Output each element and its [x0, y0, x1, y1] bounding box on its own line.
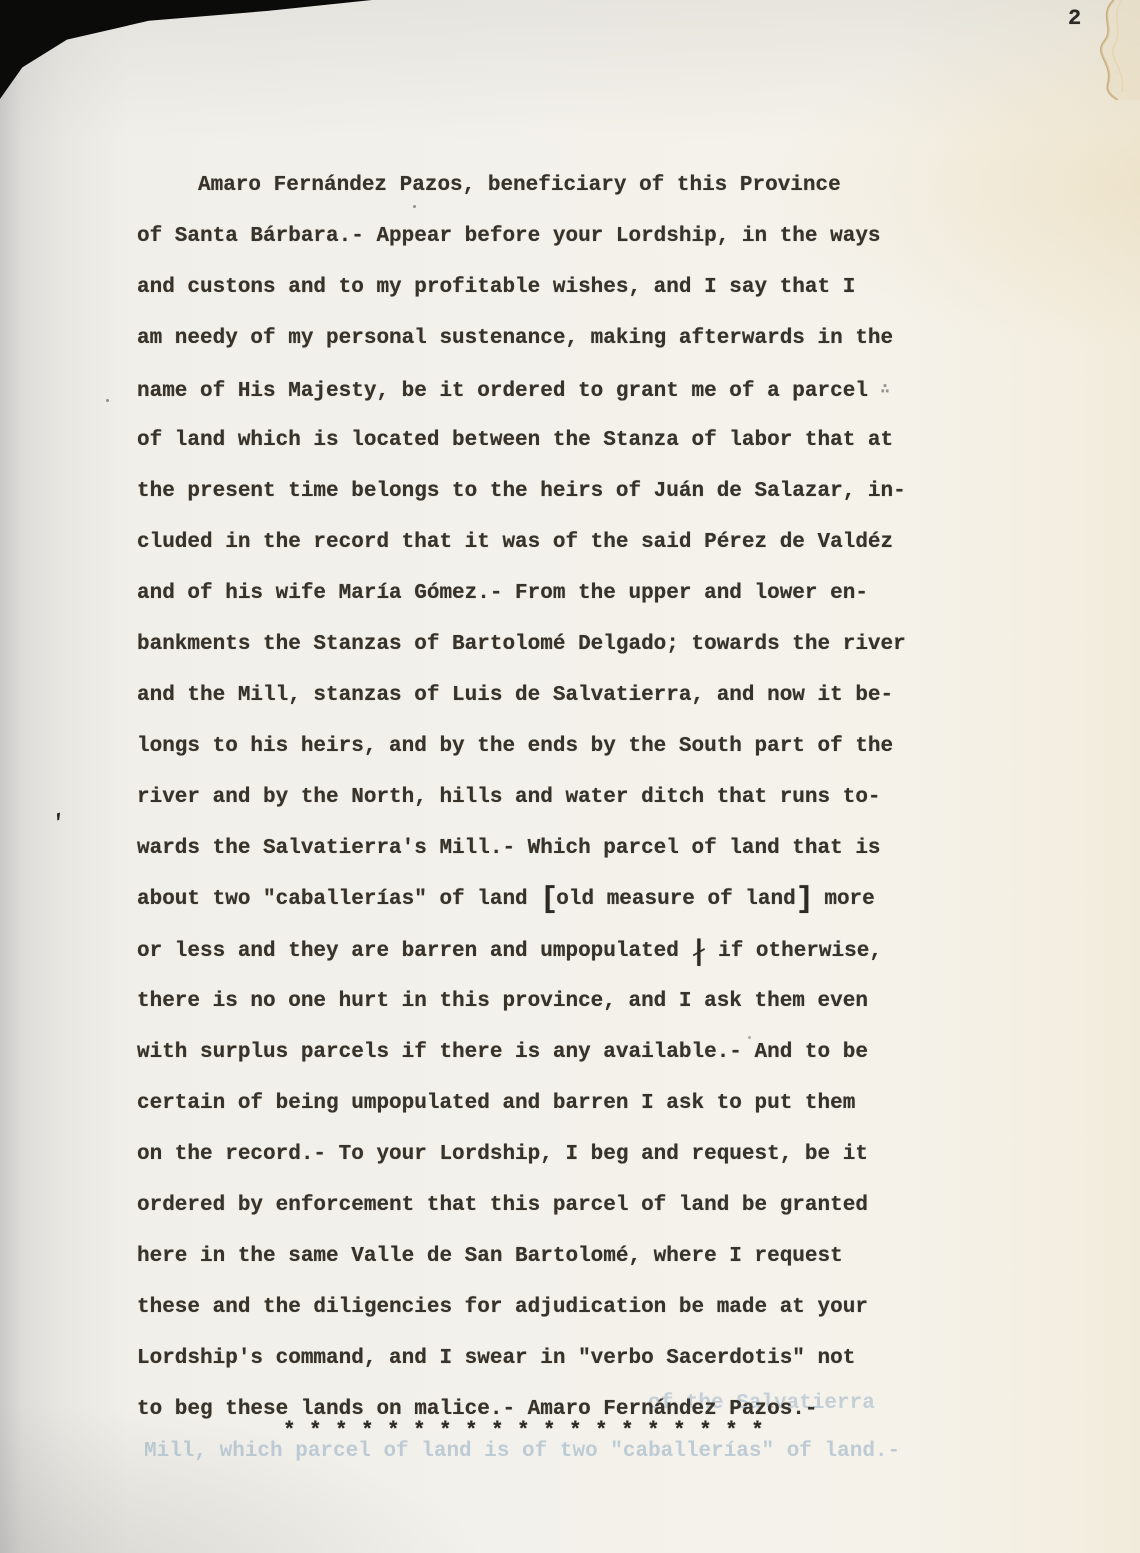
- line-text: Amaro Fernández Pazos, beneficiary of th…: [198, 174, 841, 197]
- ink-speck-comma: ,: [49, 799, 68, 825]
- bracket: ]: [796, 883, 812, 917]
- bleed-through-text: Mill, which parcel of land is of two "ca…: [144, 1440, 900, 1463]
- line-text: and of his wife María Gómez.- From the u…: [137, 582, 868, 605]
- document-line: name of His Majesty, be it ordered to gr…: [137, 364, 927, 415]
- scan-edge-top-left: [0, 0, 372, 99]
- bracket: [: [540, 883, 556, 917]
- line-text: of Santa Bárbara.- Appear before your Lo…: [137, 225, 881, 248]
- document-line: the present time belongs to the heirs of…: [137, 466, 927, 517]
- line-text: wards the Salvatierra's Mill.- Which par…: [137, 837, 881, 860]
- document-line: there is no one hurt in this province, a…: [137, 976, 927, 1027]
- line-text: old measure of land: [556, 888, 795, 911]
- document-line: and custons and to my profitable wishes,…: [137, 262, 927, 313]
- document-line: bankments the Stanzas of Bartolomé Delga…: [137, 619, 927, 670]
- line-text: and the Mill, stanzas of Luis de Salvati…: [137, 684, 893, 707]
- typewritten-text-block: Amaro Fernández Pazos, beneficiary of th…: [137, 160, 927, 1435]
- line-text: of land which is located between the Sta…: [137, 429, 893, 452]
- document-line: am needy of my personal sustenance, maki…: [137, 313, 927, 364]
- line-text: there is no one hurt in this province, a…: [137, 990, 868, 1013]
- faint-mark: ∴: [881, 381, 888, 398]
- document-line: wards the Salvatierra's Mill.- Which par…: [137, 823, 927, 874]
- line-text: longs to his heirs, and by the ends by t…: [137, 735, 893, 758]
- document-line: river and by the North, hills and water …: [137, 772, 927, 823]
- document-line: of Santa Bárbara.- Appear before your Lo…: [137, 211, 927, 262]
- document-line: Lordship's command, and I swear in "verb…: [137, 1333, 927, 1384]
- line-text: bankments the Stanzas of Bartolomé Delga…: [137, 633, 906, 656]
- line-text: ordered by enforcement that this parcel …: [137, 1194, 868, 1217]
- document-line: here in the same Valle de San Bartolomé,…: [137, 1231, 927, 1282]
- document-line: longs to his heirs, and by the ends by t…: [137, 721, 927, 772]
- document-line: on the record.- To your Lordship, I beg …: [137, 1129, 927, 1180]
- line-text: on the record.- To your Lordship, I beg …: [137, 1143, 868, 1166]
- document-line: certain of being umpopulated and barren …: [137, 1078, 927, 1129]
- document-line: or less and they are barren and umpopula…: [137, 925, 927, 976]
- line-text: with surplus parcels if there is any ava…: [137, 1041, 868, 1064]
- document-line: these and the diligencies for adjudicati…: [137, 1282, 927, 1333]
- line-text: name of His Majesty, be it ordered to gr…: [137, 380, 881, 403]
- line-text: here in the same Valle de San Bartolomé,…: [137, 1245, 843, 1268]
- page-number: 2: [1068, 6, 1081, 31]
- line-text: to beg these lands on malice.- Amaro Fer…: [137, 1398, 818, 1421]
- document-line: of land which is located between the Sta…: [137, 415, 927, 466]
- strike-mark: ∤: [692, 934, 706, 967]
- document-line: about two "caballerías" of land [old mea…: [137, 874, 927, 925]
- separator-dots: * * * * * * * * * * * * * * * * * * *: [283, 1420, 764, 1443]
- line-text: or less and they are barren and umpopula…: [137, 940, 692, 963]
- line-text: about two "caballerías" of land: [137, 888, 540, 911]
- line-text: Lordship's command, and I swear in "verb…: [137, 1347, 855, 1370]
- line-text: cluded in the record that it was of the …: [137, 531, 893, 554]
- document-line: cluded in the record that it was of the …: [137, 517, 927, 568]
- ink-speck: [106, 399, 109, 402]
- line-text: the present time belongs to the heirs of…: [137, 480, 906, 503]
- line-text: if otherwise,: [706, 940, 882, 963]
- line-text: more: [812, 888, 875, 911]
- line-text: these and the diligencies for adjudicati…: [137, 1296, 868, 1319]
- scanned-page: 2 , of the Salvatierra Mill, which parce…: [0, 0, 1140, 1553]
- line-text: and custons and to my profitable wishes,…: [137, 276, 855, 299]
- page-tear-top-right-icon: [1052, 0, 1140, 100]
- document-line: ordered by enforcement that this parcel …: [137, 1180, 927, 1231]
- document-line: Amaro Fernández Pazos, beneficiary of th…: [137, 160, 927, 211]
- document-line: and of his wife María Gómez.- From the u…: [137, 568, 927, 619]
- document-line: and the Mill, stanzas of Luis de Salvati…: [137, 670, 927, 721]
- line-text: certain of being umpopulated and barren …: [137, 1092, 855, 1115]
- document-line: with surplus parcels if there is any ava…: [137, 1027, 927, 1078]
- line-text: river and by the North, hills and water …: [137, 786, 881, 809]
- line-text: am needy of my personal sustenance, maki…: [137, 327, 893, 350]
